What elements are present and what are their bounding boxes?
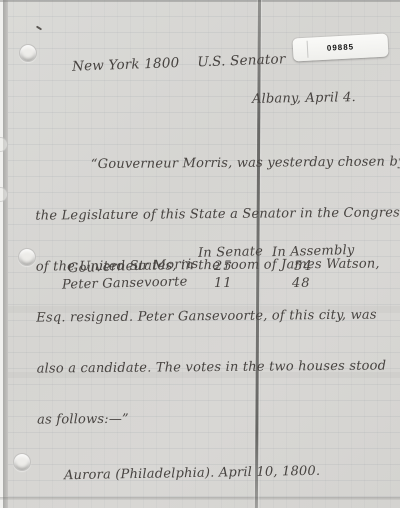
punch-hole-bottom [13,453,31,471]
paper-left-edge-shadow [3,0,8,508]
dateline: Albany, April 4. [252,90,356,107]
paper-bottom-edge [0,497,400,500]
paper-top-edge [0,0,400,2]
body-line-5: also a candidate. The votes in the two h… [37,357,397,377]
catalog-number: 09885 [327,42,355,52]
body-line-4: Esq. resigned. Peter Gansevoorte, of thi… [36,306,396,326]
table-row-assembly-votes: 54 [294,259,313,274]
body-line-1: “Gouverneur Morris, was yesterday chosen… [35,153,395,173]
punch-hole-top [19,44,37,62]
subject-heading: New York 1800 U.S. Senator [72,51,286,74]
label-fold-line [307,41,309,58]
source-citation: Aurora (Philadelphia). April 10, 1800. [64,464,320,483]
table-header-assembly: In Assembly [272,243,355,260]
table-row-senate-votes: 25 [214,259,233,274]
table-row-senate-votes: 11 [214,276,233,291]
body-line-6: as follows:—” [37,408,397,428]
punch-hole-middle [18,248,36,266]
scanned-document-page: 09885 New York 1800 U.S. Senator Albany,… [0,0,400,508]
catalog-number-label: 09885 [292,34,388,62]
table-row-assembly-votes: 48 [292,276,311,291]
pen-mark [36,26,42,31]
body-line-2: the Legislature of this State a Senator … [35,204,395,224]
